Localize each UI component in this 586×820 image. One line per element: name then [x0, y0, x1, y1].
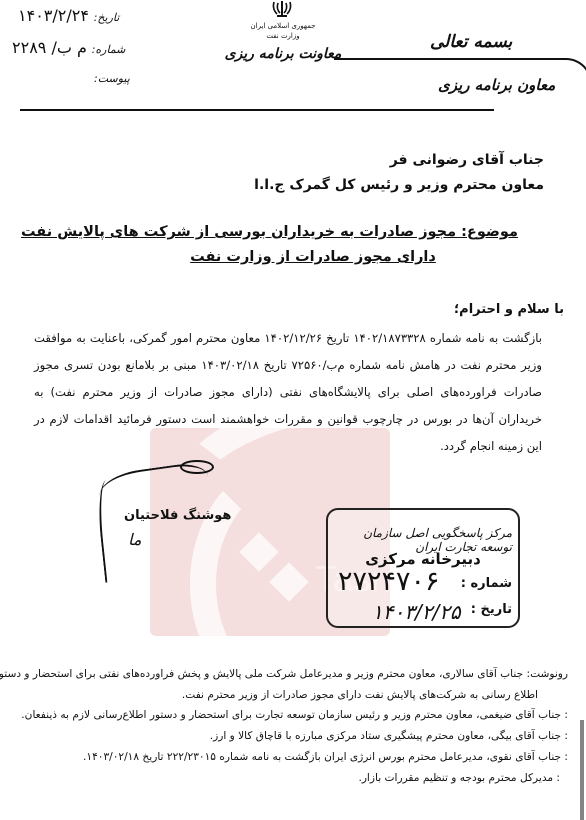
stamp-number-label: شماره : — [461, 576, 512, 591]
signature-mark: ما — [128, 530, 141, 549]
letter-date: تاریخ: ۱۴۰۳/۲/۲۴ — [18, 6, 119, 25]
number-label: شماره: — [92, 43, 126, 56]
header-divider — [334, 58, 566, 60]
letter-number: شماره: م ب/ ۲۲۸۹ — [12, 38, 125, 57]
deputy-title: معاون برنامه ریزی — [438, 76, 555, 94]
iran-emblem-icon — [271, 0, 293, 18]
cc-item: اطلاع رسانی به شرکت‌های پالایش نفت دارای… — [182, 689, 538, 701]
bismillah: بسمه تعالی — [430, 32, 512, 52]
cc-item: : جناب آقای بیگی، معاون محترم پیشگیری ست… — [210, 730, 568, 742]
cc-item: : مدیرکل محترم بودجه و تنظیم مقررات بازا… — [358, 772, 560, 784]
stamp-date-label: تاریخ : — [471, 602, 512, 617]
header-bottom-rule — [20, 109, 494, 111]
registry-stamp: مرکز پاسخگویی اصل سازمان توسعه تجارت ایر… — [326, 508, 520, 628]
addressee-title: معاون محترم وزیر و رئیس کل گمرک ج.ا.ا — [254, 177, 544, 193]
stamp-date-value: ۱۴۰۳/۲/۲۵ — [372, 600, 461, 624]
cc-item: : جناب آقای نقوی، مدیرعامل محترم بورس ان… — [83, 751, 568, 763]
greeting: با سلام و احترام؛ — [454, 302, 564, 317]
date-label: تاریخ: — [94, 11, 120, 24]
department-name: معاونت برنامه ریزی — [222, 46, 344, 62]
cc-item: رونوشت: جناب آقای سالاری، معاون محترم وز… — [0, 668, 568, 680]
number-value: م ب/ ۲۲۸۹ — [12, 38, 87, 57]
stamp-number-value: ۲۷۲۴۷۰۶ — [338, 566, 440, 597]
letter-body: بازگشت به نامه شماره ۱۴۰۲/۱۸۷۳۳۲۸ تاریخ … — [34, 325, 542, 460]
header-curve — [560, 58, 586, 100]
attachment-label: پیوست: — [94, 72, 130, 85]
cc-item: : جناب آقای ضیغمی، معاون محترم وزیر و رئ… — [21, 709, 568, 721]
subject-line-2-text: دارای مجوز صادرات از وزارت نفت — [190, 249, 436, 265]
subject-line-1: موضوع: مجوز صادرات به خریداران بورسی از … — [21, 224, 518, 240]
signature-loop — [180, 460, 214, 474]
scan-edge — [580, 720, 584, 820]
subject-line-2: دارای مجوز صادرات از وزارت نفت — [0, 249, 586, 265]
signer-name: هوشنگ فلاحتیان — [124, 508, 231, 523]
ministry-name: وزارت نفت — [246, 32, 320, 40]
date-value: ۱۴۰۳/۲/۲۴ — [18, 6, 89, 25]
gov-name: جمهوری اسلامی ایران — [246, 22, 320, 30]
addressee-name: جناب آقای رضوانی فر — [390, 152, 544, 168]
